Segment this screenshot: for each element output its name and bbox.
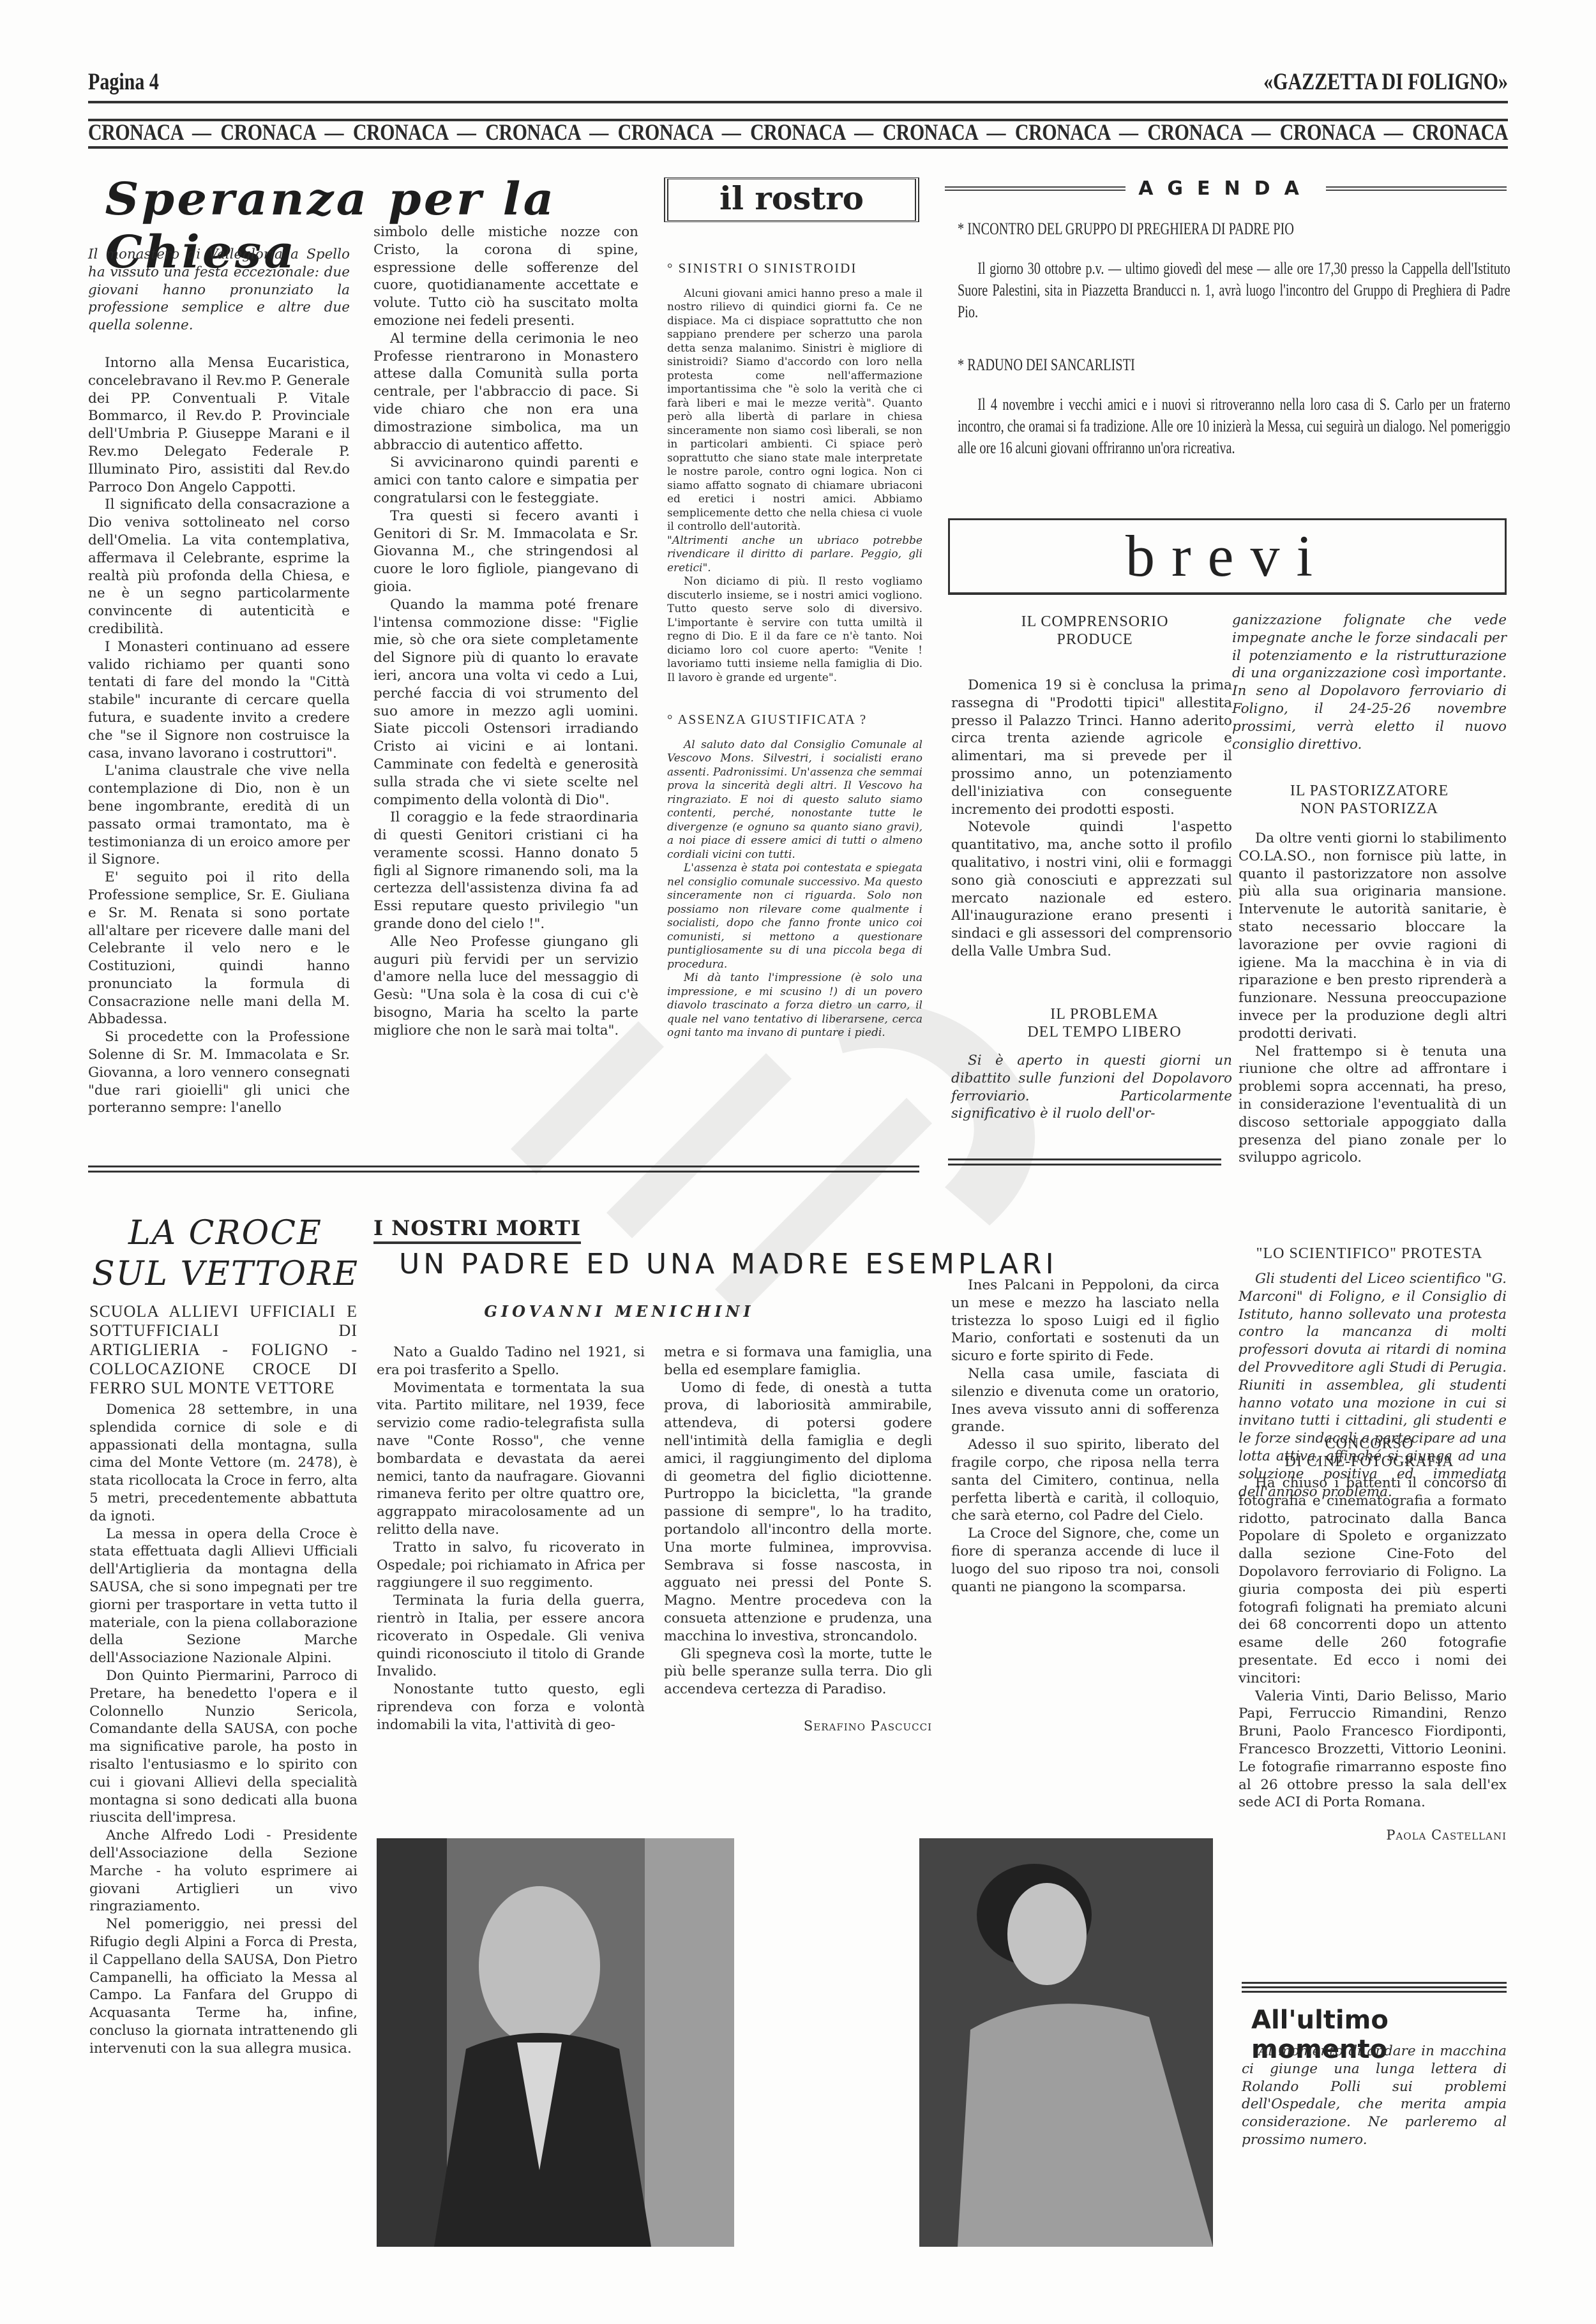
croce-subhead: SCUOLA ALLIEVI UFFICIALI E SOTTUFFICIALI… [89,1302,358,1398]
divider [1242,1982,1507,1984]
morti-headline: UN PADRE ED UNA MADRE ESEMPLARI [399,1248,1229,1280]
divider [945,186,1125,191]
divider [88,1171,919,1173]
padre-signature: Serafino Pascucci [664,1718,932,1736]
agenda-heading: * INCONTRO DEL GRUPPO DI PREGHIERA DI PA… [958,218,1510,240]
padre-name: GIOVANNI MENICHINI [460,1302,779,1321]
running-head: Pagina 4 «GAZZETTA DI FOLIGNO» [88,64,1508,96]
divider [1242,1991,1507,1993]
masthead: «GAZZETTA DI FOLIGNO» [1263,69,1508,96]
agenda-heading: * RADUNO DEI SANCARLISTI [958,354,1510,376]
rostro-kicker-2: ° ASSENZA GIUSTIFICATA ? [667,713,922,727]
divider [948,1158,1221,1160]
divider [1326,186,1507,191]
speranza-lead: Il monastero di Vallegloria a Spello ha … [88,246,350,334]
man-silhouette-icon [377,1838,734,2247]
ultimo-body: Al momento di andare in macchina ci giun… [1242,2043,1507,2149]
photo-portrait-man [377,1838,734,2247]
divider [948,1164,1221,1166]
agenda-item-2: * RADUNO DEI SANCARLISTI Il 4 novembre i… [958,354,1510,459]
pastorizzatore-heading: IL PASTORIZZATORE NON PASTORIZZA [1235,782,1503,818]
agenda-title: AGENDA [945,177,1507,200]
comprensorio-heading: IL COMPRENSORIO PRODUCE [964,613,1226,648]
divider [1242,1986,1507,1988]
tempo-libero-body-b: ganizzazione folignate che vede impegnat… [1232,611,1507,753]
divider [88,1166,919,1167]
croce-title: LA CROCE SUL VETTORE [88,1213,363,1294]
concorso-body: Ha chiuso i battenti il concorso di foto… [1238,1474,1507,1845]
photo-portrait-woman [919,1838,1213,2247]
morti-rubric: I NOSTRI MORTI [373,1216,581,1244]
padre-column-1: Nato a Gualdo Tadino nel 1921, si era po… [377,1344,645,1734]
woman-silhouette-icon [919,1838,1213,2247]
pastorizzatore-body: Da oltre venti giorni lo stabilimento CO… [1238,830,1507,1167]
divider [88,101,1508,103]
tempo-libero-body-a: Si è aperto in questi giorni un dibattit… [951,1052,1232,1123]
speranza-column-1: Intorno alla Mensa Eucaristica, conceleb… [88,354,350,1117]
rostro-column: ° SINISTRI O SINISTROIDI Alcuni giovani … [667,262,922,1040]
rostro-title: il rostro [664,177,919,222]
divider [88,146,1508,149]
concorso-heading: CONCORSO DI CINE-FOTOGRAFIA [1235,1435,1503,1471]
madre-column: Ines Palcani in Peppoloni, da circa un m… [951,1277,1219,1596]
brevi-title: brevi [948,518,1507,595]
rostro-kicker-1: ° SINISTRI O SINISTROIDI [667,262,922,276]
padre-column-2: metra e si formava una famiglia, una bel… [664,1344,932,1736]
agenda-item-1: * INCONTRO DEL GRUPPO DI PREGHIERA DI PA… [958,218,1510,323]
scientifico-heading: "LO SCIENTIFICO" PROTESTA [1235,1245,1503,1263]
tempo-libero-heading: IL PROBLEMA DEL TEMPO LIBERO [977,1005,1232,1041]
comprensorio-body: Domenica 19 si è conclusa la prima rasse… [951,677,1232,961]
speranza-column-2: simbolo delle mistiche nozze con Cristo,… [373,223,638,1040]
concorso-signature: Paola Castellani [1238,1827,1507,1845]
page-label: Pagina 4 [88,69,159,96]
croce-body: Domenica 28 settembre, in una splendida … [89,1401,358,2057]
